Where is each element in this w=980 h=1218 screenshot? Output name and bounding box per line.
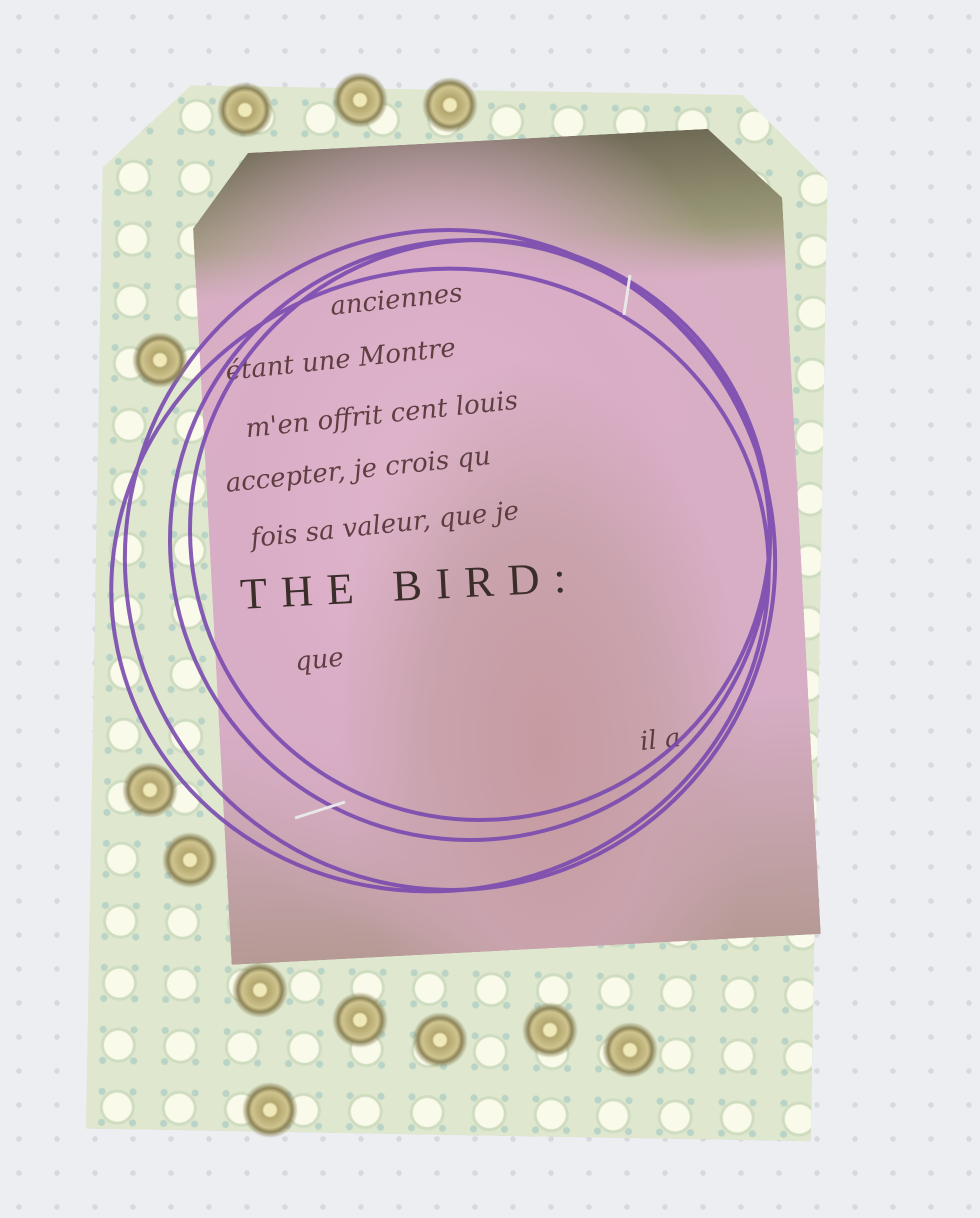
purple-twine	[0, 0, 980, 1218]
gold-lace-flower	[330, 990, 390, 1050]
gold-lace-flower	[230, 960, 290, 1020]
gold-lace-flower	[410, 1010, 470, 1070]
gold-lace-flower	[160, 830, 220, 890]
gold-lace-flower	[130, 330, 190, 390]
gold-lace-flower	[330, 70, 390, 130]
gold-lace-flower	[600, 1020, 660, 1080]
gold-lace-flower	[120, 760, 180, 820]
gold-lace-flower	[520, 1000, 580, 1060]
gold-lace-flower	[420, 75, 480, 135]
gold-lace-flower	[240, 1080, 300, 1140]
gold-lace-flower	[215, 80, 275, 140]
